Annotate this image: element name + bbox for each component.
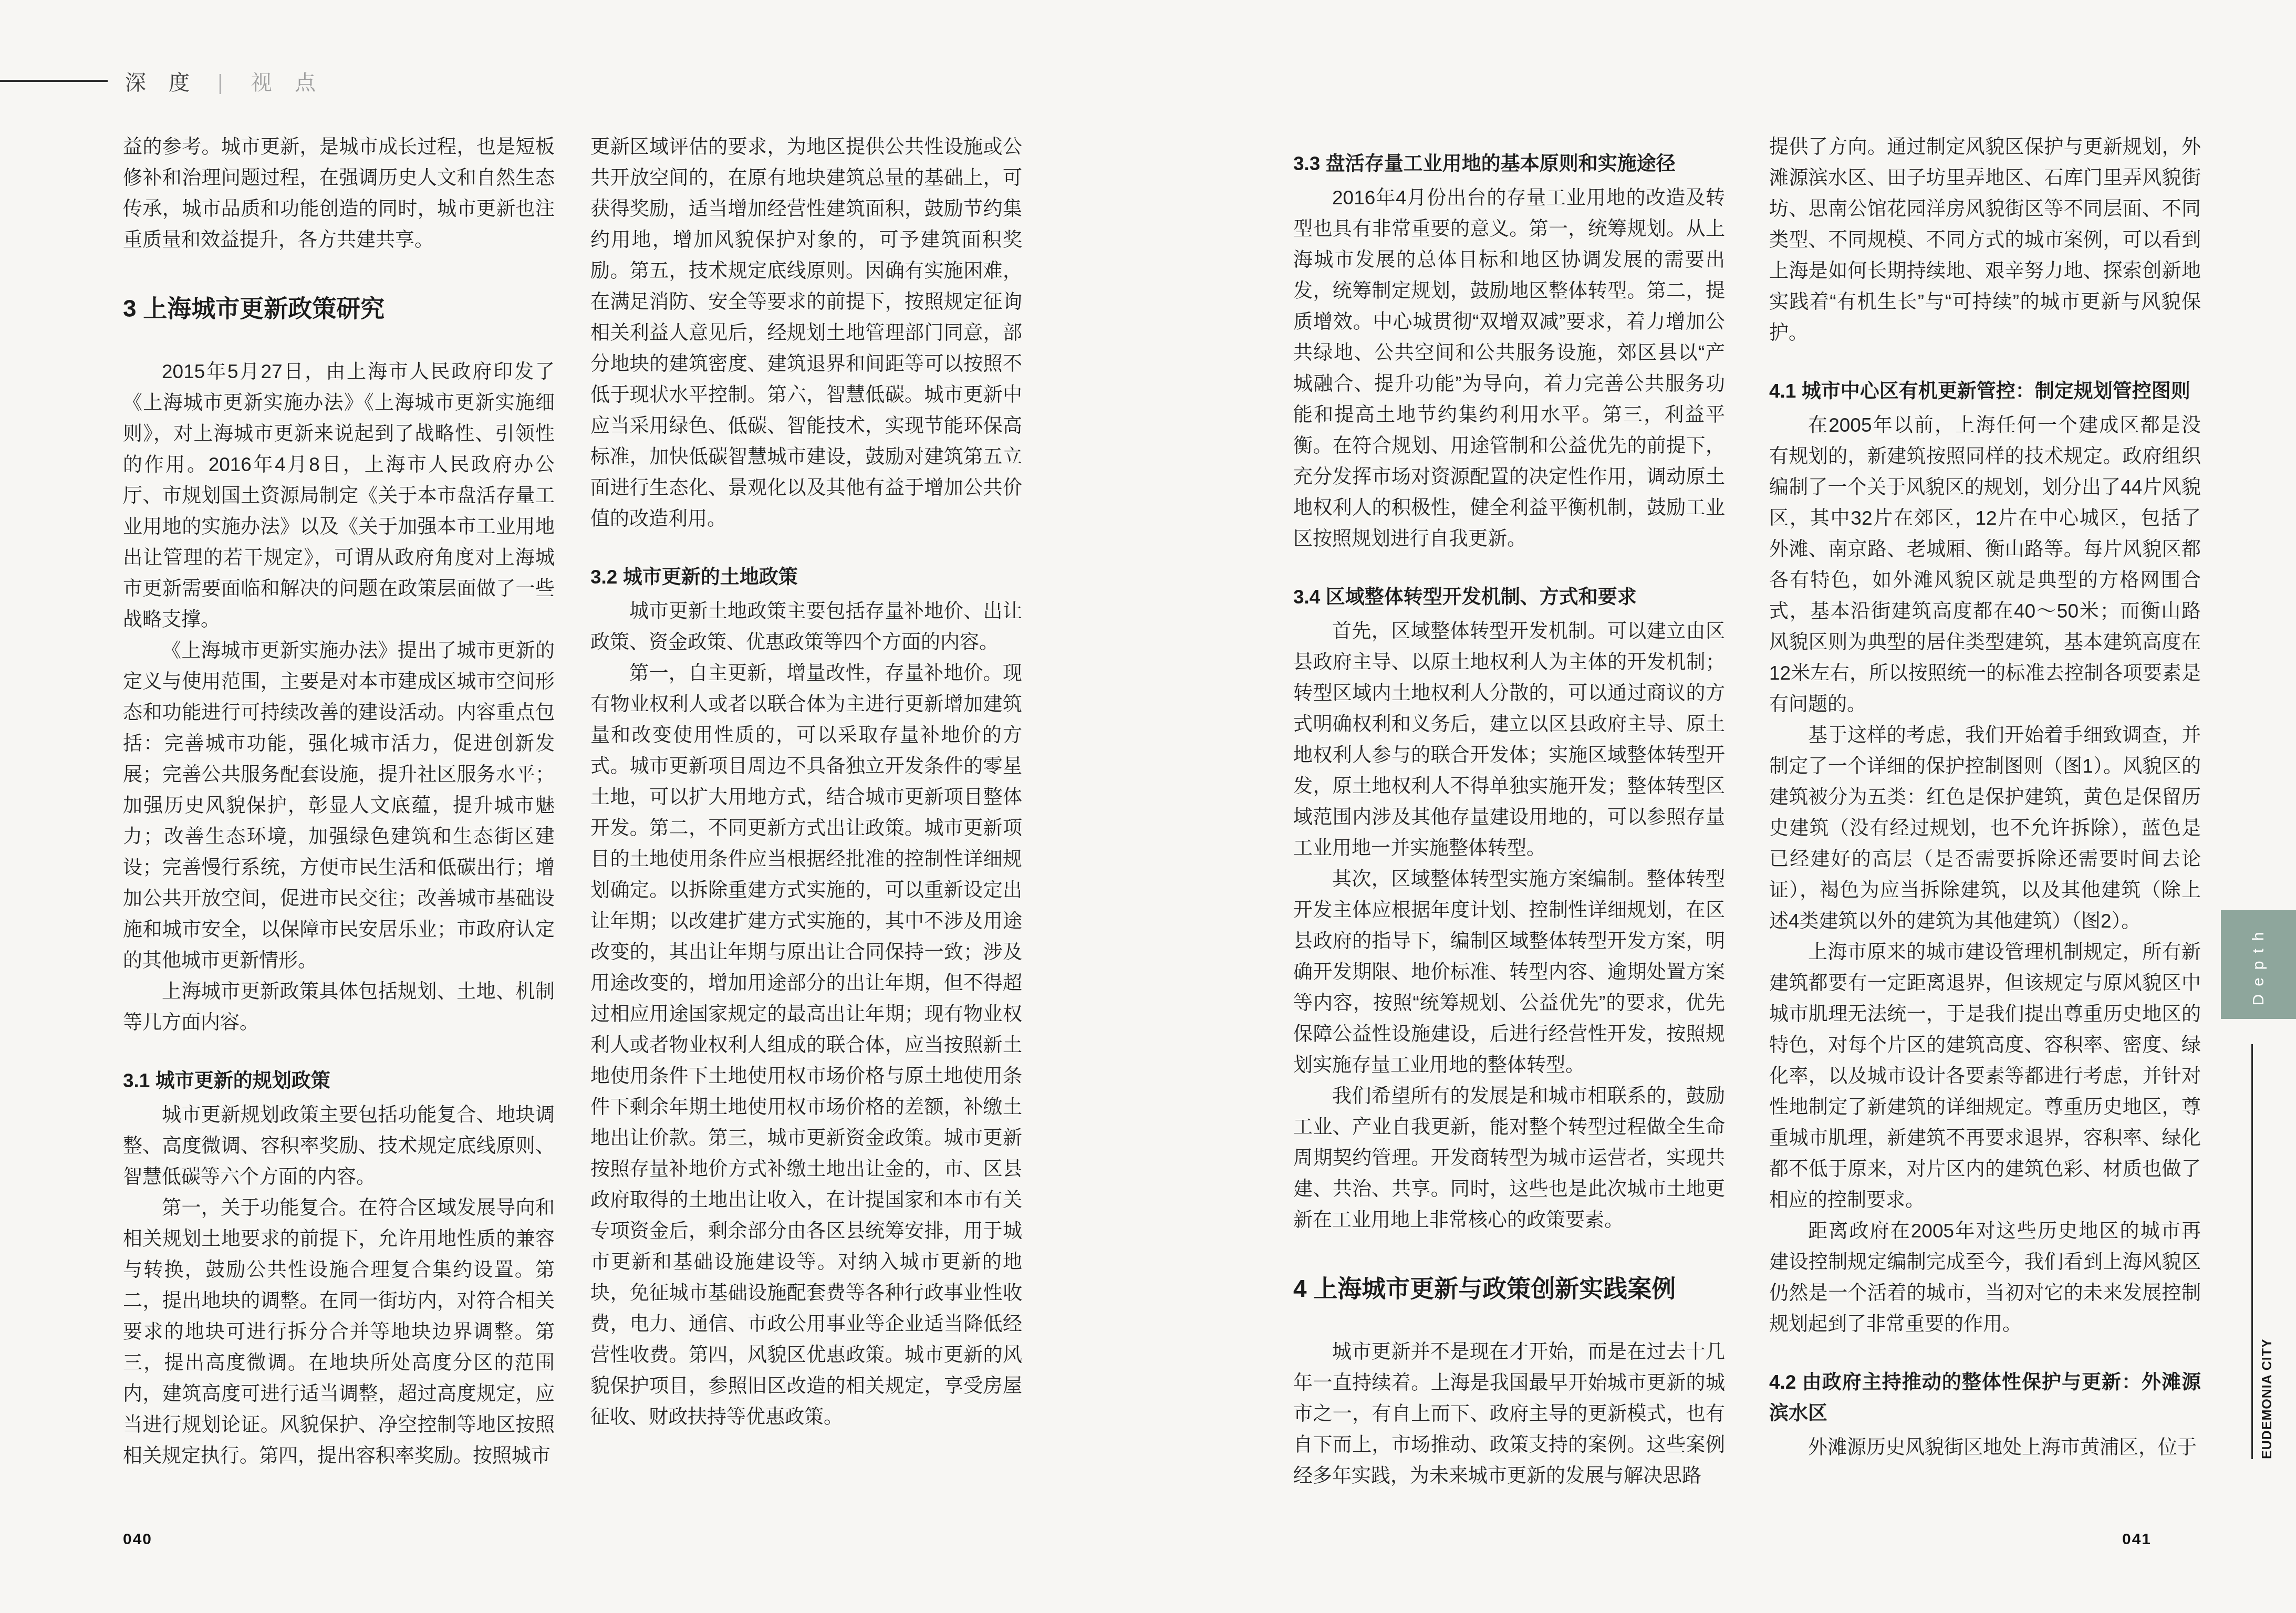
right-page-number: 041 [2122,1531,2152,1548]
header-rule [0,80,108,82]
paragraph: 基于这样的考虑，我们开始着手细致调查，并制定了一个详细的保护控制图则（图1）。风… [1769,720,2201,936]
paragraph: 城市更新规划政策主要包括功能复合、地块调整、高度微调、容积率奖励、技术规定底线原… [123,1099,555,1192]
header-section-label: 深 度 [125,71,198,95]
left-page-number: 040 [123,1531,152,1548]
text-column-1: 益的参考。城市更新，是城市成长过程，也是短板修补和治理问题过程，在强调历史人文和… [123,131,555,1471]
subsection-heading: 3.4 区域整体转型开发机制、方式和要求 [1293,581,1725,612]
subsection-heading: 3.1 城市更新的规划政策 [123,1065,555,1096]
paragraph: 《上海城市更新实施办法》提出了城市更新的定义与使用范围，主要是对本市建成区城市空… [123,635,555,976]
paragraph: 城市更新土地政策主要包括存量补地价、出让政策、资金政策、优惠政策等四个方面的内容… [590,596,1022,658]
spine-caption: EUDEMONIA CITY [2260,1338,2275,1459]
section-heading: 3 上海城市更新政策研究 [123,292,555,325]
paragraph: 益的参考。城市更新，是城市成长过程，也是短板修补和治理问题过程，在强调历史人文和… [123,131,555,255]
subsection-heading: 3.3 盘活存量工业用地的基本原则和实施途径 [1293,148,1725,179]
paragraph: 2015年5月27日，由上海市人民政府印发了《上海城市更新实施办法》《上海城市更… [123,356,555,635]
paragraph: 距离政府在2005年对这些历史地区的城市再建设控制规定编制完成至今，我们看到上海… [1769,1215,2201,1339]
subsection-heading: 4.1 城市中心区有机更新管控：制定规划管控图则 [1769,376,2201,407]
paragraph: 2016年4月份出台的存量工业用地的改造及转型也具有非常重要的意义。第一，统筹规… [1293,182,1725,554]
paragraph: 在2005年以前，上海任何一个建成区都是没有规划的，新建筑按照同样的技术规定。政… [1769,410,2201,720]
paragraph: 提供了方向。通过制定风貌区保护与更新规划，外滩源滨水区、田子坊里弄地区、石库门里… [1769,131,2201,348]
text-column-2: 更新区域评估的要求，为地区提供公共性设施或公共开放空间的，在原有地块建筑总量的基… [590,131,1022,1432]
paragraph: 第一，关于功能复合。在符合区域发展导向和相关规划土地要求的前提下，允许用地性质的… [123,1192,555,1471]
subsection-heading: 3.2 城市更新的土地政策 [590,561,1022,592]
paragraph: 首先，区域整体转型开发机制。可以建立由区县政府主导、以原土地权利人为主体的开发机… [1293,616,1725,863]
header-subsection-label: 视 点 [251,71,324,95]
subsection-heading: 4.2 由政府主持推动的整体性保护与更新：外滩源滨水区 [1769,1367,2201,1429]
paragraph: 第一，自主更新，增量改性，存量补地价。现有物业权利人或者以联合体为主进行更新增加… [590,658,1022,1432]
section-heading: 4 上海城市更新与政策创新实践案例 [1293,1272,1725,1305]
header-separator: | [212,71,236,95]
paragraph: 城市更新并不是现在才开始，而是在过去十几年一直持续着。上海是我国最早开始城市更新… [1293,1336,1725,1491]
paragraph: 我们希望所有的发展是和城市相联系的，鼓励工业、产业自我更新，能对整个转型过程做全… [1293,1080,1725,1235]
section-tab-label: Depth [2250,924,2268,1005]
paragraph: 外滩源历史风貌街区地处上海市黄浦区，位于 [1769,1432,2201,1463]
paragraph: 上海市原来的城市建设管理机制规定，所有新建筑都要有一定距离退界，但该规定与原风貌… [1769,936,2201,1215]
paragraph: 其次，区域整体转型实施方案编制。整体转型开发主体应根据年度计划、控制性详细规划，… [1293,863,1725,1080]
text-column-3: 3.3 盘活存量工业用地的基本原则和实施途径2016年4月份出台的存量工业用地的… [1293,131,1725,1491]
page-header: 深 度 | 视 点 [125,66,324,96]
spine-rule [2251,1044,2253,1459]
paragraph: 上海城市更新政策具体包括规划、土地、机制等几方面内容。 [123,976,555,1038]
paragraph: 更新区域评估的要求，为地区提供公共性设施或公共开放空间的，在原有地块建筑总量的基… [590,131,1022,534]
text-column-4: 提供了方向。通过制定风貌区保护与更新规划，外滩源滨水区、田子坊里弄地区、石库门里… [1769,131,2201,1463]
section-depth-tab: Depth [2221,910,2296,1019]
